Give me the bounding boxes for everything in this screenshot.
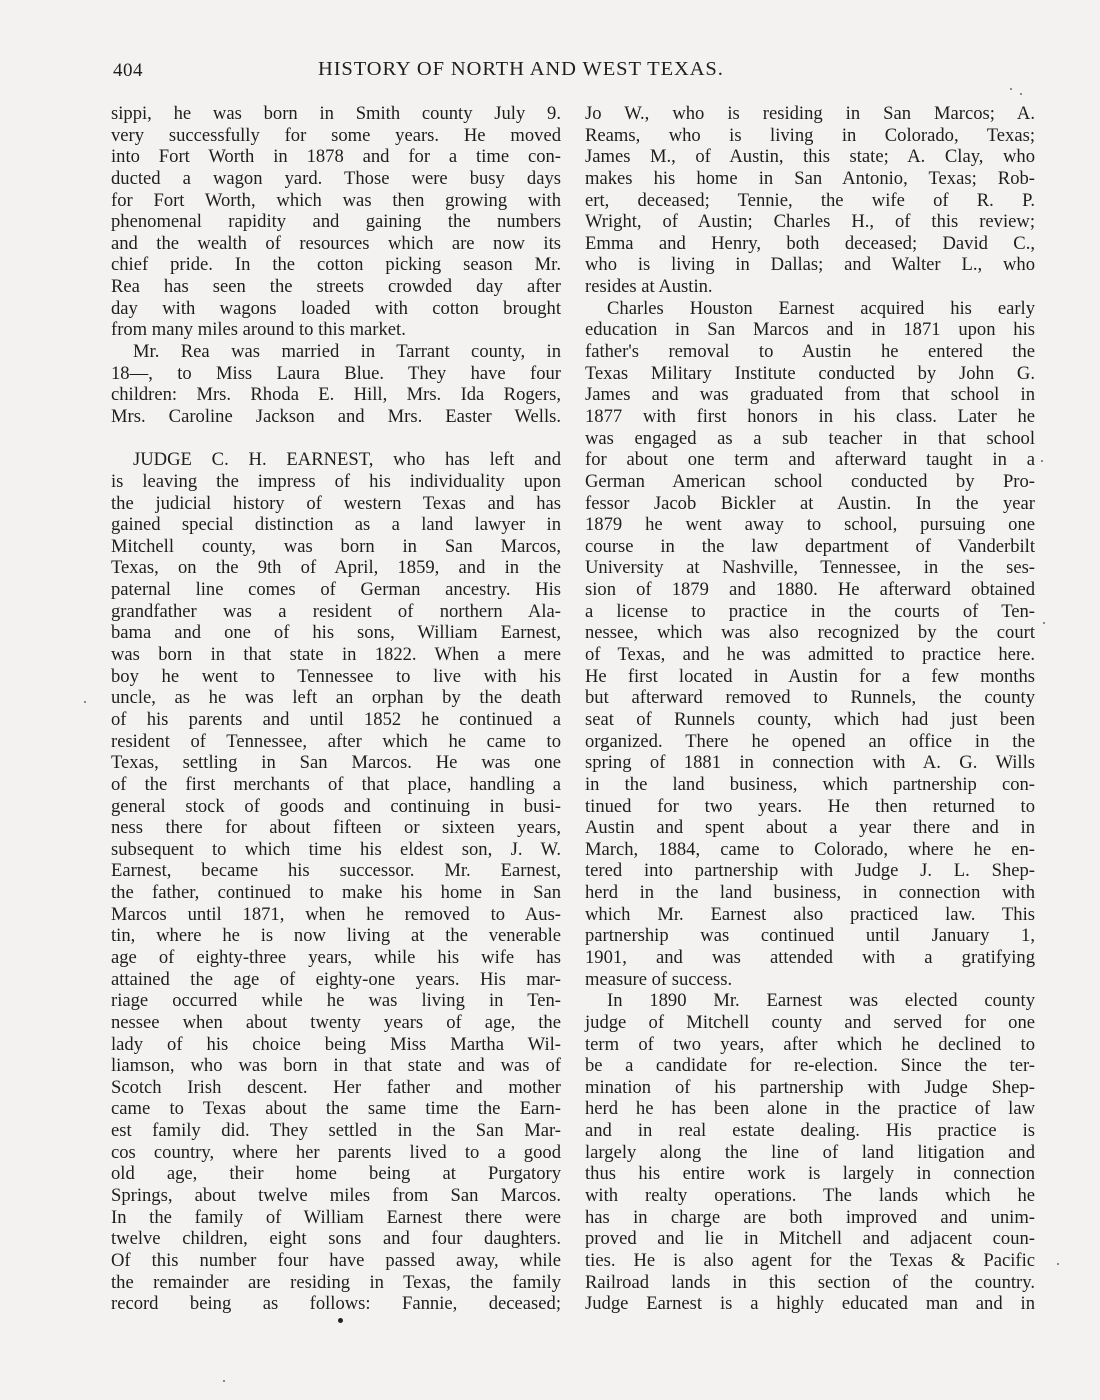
text-line: tered into partnership with Judge J. L. … [585,860,1035,882]
ink-dot-mark [338,1318,343,1323]
text-line: course in the law department of Vanderbi… [585,536,1035,558]
text-line: bama and one of his sons, William Earnes… [111,622,561,644]
text-line: organized. There he opened an office in … [585,731,1035,753]
text-line: judge of Mitchell county and served for … [585,1012,1035,1034]
text-line: resides at Austin. [585,276,1035,298]
text-line: term of two years, after which he declin… [585,1034,1035,1056]
text-line: Texas Military Institute conducted by Jo… [585,363,1035,385]
text-line: subsequent to which time his eldest son,… [111,839,561,861]
text-line: Texas, settling in San Marcos. He was on… [111,752,561,774]
text-line: James M., of Austin, this state; A. Clay… [585,146,1035,168]
text-line: spring of 1881 in connection with A. G. … [585,752,1035,774]
text-line: 1877 with first honors in his class. Lat… [585,406,1035,428]
text-line: father's removal to Austin he entered th… [585,341,1035,363]
text-line: attained the age of eighty-one years. Hi… [111,969,561,991]
text-line: makes his home in San Antonio, Texas; Ro… [585,168,1035,190]
text-line: Austin and spent about a year there and … [585,817,1035,839]
text-line: Earnest, became his successor. Mr. Earne… [111,860,561,882]
text-line: Marcos until 1871, when he removed to Au… [111,904,561,926]
text-line: partnership was continued until January … [585,925,1035,947]
text-line: Reams, who is living in Colorado, Texas; [585,125,1035,147]
text-line: est family did. They settled in the San … [111,1120,561,1142]
text-line: education in San Marcos and in 1871 upon… [585,319,1035,341]
ink-speck [1043,622,1045,624]
text-line: of the first merchants of that place, ha… [111,774,561,796]
text-line: has in charge are both improved and unim… [585,1207,1035,1229]
ink-speck [1020,93,1022,95]
text-line: 1901, and was attended with a gratifying [585,947,1035,969]
text-line: old age, their home being at Purgatory [111,1163,561,1185]
text-line: liamson, who was born in that state and … [111,1055,561,1077]
text-line: is leaving the impress of his individual… [111,471,561,493]
text-line: tinued for two years. He then returned t… [585,796,1035,818]
text-line: tin, where he is now living at the vener… [111,925,561,947]
text-line: nessee when about twenty years of age, t… [111,1012,561,1034]
text-line: into Fort Worth in 1878 and for a time c… [111,146,561,168]
text-line: Emma and Henry, both deceased; David C., [585,233,1035,255]
text-line: chief pride. In the cotton picking seaso… [111,254,561,276]
text-line: ducted a wagon yard. Those were busy day… [111,168,561,190]
text-line: for Fort Worth, which was then growing w… [111,190,561,212]
left-column: sippi, he was born in Smith county July … [111,103,561,1315]
text-line: lady of his choice being Miss Martha Wil… [111,1034,561,1056]
text-line: Railroad lands in this section of the co… [585,1272,1035,1294]
text-line: James and was graduated from that school… [585,384,1035,406]
text-line: Mitchell county, was born in San Marcos, [111,536,561,558]
running-title: HISTORY OF NORTH AND WEST TEXAS. [318,58,724,81]
text-line: Jo W., who is residing in San Marcos; A. [585,103,1035,125]
text-line: which Mr. Earnest also practiced law. Th… [585,904,1035,926]
text-line: Wright, of Austin; Charles H., of this r… [585,211,1035,233]
text-line: ert, deceased; Tennie, the wife of R. P. [585,190,1035,212]
book-page: 404 HISTORY OF NORTH AND WEST TEXAS. sip… [0,0,1100,1400]
page-number: 404 [113,60,143,82]
text-line: thus his entire work is largely in conne… [585,1163,1035,1185]
right-column: Jo W., who is residing in San Marcos; A.… [585,103,1035,1315]
text-line: of his parents and until 1852 he continu… [111,709,561,731]
text-line: very successfully for some years. He mov… [111,125,561,147]
text-line: JUDGE C. H. EARNEST, who has left and [111,449,561,471]
text-line: resident of Tennessee, after which he ca… [111,731,561,753]
text-line: came to Texas about the same time the Ea… [111,1098,561,1120]
text-line: Rea has seen the streets crowded day aft… [111,276,561,298]
text-line: paternal line comes of German ancestry. … [111,579,561,601]
text-line: fessor Jacob Bickler at Austin. In the y… [585,493,1035,515]
text-line: He first located in Austin for a few mon… [585,666,1035,688]
text-line: ness there for about fifteen or sixteen … [111,817,561,839]
text-line: record being as follows: Fannie, decease… [111,1293,561,1315]
text-line: riage occurred while he was living in Te… [111,990,561,1012]
text-line: German American school conducted by Pro- [585,471,1035,493]
text-line: for about one term and afterward taught … [585,449,1035,471]
ink-speck [1057,1263,1059,1265]
text-line: day with wagons loaded with cotton broug… [111,298,561,320]
text-line: Mrs. Caroline Jackson and Mrs. Easter We… [111,406,561,428]
text-line: measure of success. [585,969,1035,991]
text-line: the remainder are residing in Texas, the… [111,1272,561,1294]
text-line: ties. He is also agent for the Texas & P… [585,1250,1035,1272]
text-line: Springs, about twelve miles from San Mar… [111,1185,561,1207]
text-line: herd he has been alone in the practice o… [585,1098,1035,1120]
text-line: with realty operations. The lands which … [585,1185,1035,1207]
text-line: was born in that state in 1822. When a m… [111,644,561,666]
text-line: in the land business, which partnership … [585,774,1035,796]
text-line: 1879 he went away to school, pursuing on… [585,514,1035,536]
text-line: general stock of goods and continuing in… [111,796,561,818]
text-line: was engaged as a sub teacher in that sch… [585,428,1035,450]
text-line: University at Nashville, Tennessee, in t… [585,557,1035,579]
paragraph-gap [111,428,561,450]
text-line: be a candidate for re-election. Since th… [585,1055,1035,1077]
text-line: Mr. Rea was married in Tarrant county, i… [111,341,561,363]
text-line: largely along the line of land litigatio… [585,1142,1035,1164]
text-line: Judge Earnest is a highly educated man a… [585,1293,1035,1315]
text-line: nessee, which was also recognized by the… [585,622,1035,644]
text-line: March, 1884, came to Colorado, where he … [585,839,1035,861]
running-head: 404 HISTORY OF NORTH AND WEST TEXAS. [0,58,1100,84]
text-line: In the family of William Earnest there w… [111,1207,561,1229]
text-line: who is living in Dallas; and Walter L., … [585,254,1035,276]
ink-speck [1041,460,1043,462]
text-line: and the wealth of resources which are no… [111,233,561,255]
text-line: Texas, on the 9th of April, 1859, and in… [111,557,561,579]
ink-speck [223,1380,225,1382]
text-line: proved and lie in Mitchell and adjacent … [585,1228,1035,1250]
text-line: twelve children, eight sons and four dau… [111,1228,561,1250]
text-line: mination of his partnership with Judge S… [585,1077,1035,1099]
text-line: phenomenal rapidity and gaining the numb… [111,211,561,233]
text-line: from many miles around to this market. [111,319,561,341]
text-line: the father, continued to make his home i… [111,882,561,904]
text-line: Charles Houston Earnest acquired his ear… [585,298,1035,320]
ink-speck [1010,88,1012,90]
text-line: cos country, where her parents lived to … [111,1142,561,1164]
text-line: 18—, to Miss Laura Blue. They have four [111,363,561,385]
text-line: seat of Runnels county, which had just b… [585,709,1035,731]
text-line: Scotch Irish descent. Her father and mot… [111,1077,561,1099]
text-line: sion of 1879 and 1880. He afterward obta… [585,579,1035,601]
text-line: gained special distinction as a land law… [111,514,561,536]
text-line: sippi, he was born in Smith county July … [111,103,561,125]
text-line: uncle, as he was left an orphan by the d… [111,687,561,709]
text-line: a license to practice in the courts of T… [585,601,1035,623]
text-line: the judicial history of western Texas an… [111,493,561,515]
text-line: Of this number four have passed away, wh… [111,1250,561,1272]
text-line: grandfather was a resident of northern A… [111,601,561,623]
text-line: and in real estate dealing. His practice… [585,1120,1035,1142]
text-line: age of eighty-three years, while his wif… [111,947,561,969]
text-line: but afterward removed to Runnels, the co… [585,687,1035,709]
text-line: children: Mrs. Rhoda E. Hill, Mrs. Ida R… [111,384,561,406]
ink-speck [84,701,86,703]
text-line: herd in the land business, in connection… [585,882,1035,904]
text-line: In 1890 Mr. Earnest was elected county [585,990,1035,1012]
text-line: of Texas, and he was admitted to practic… [585,644,1035,666]
text-line: boy he went to Tennessee to live with hi… [111,666,561,688]
